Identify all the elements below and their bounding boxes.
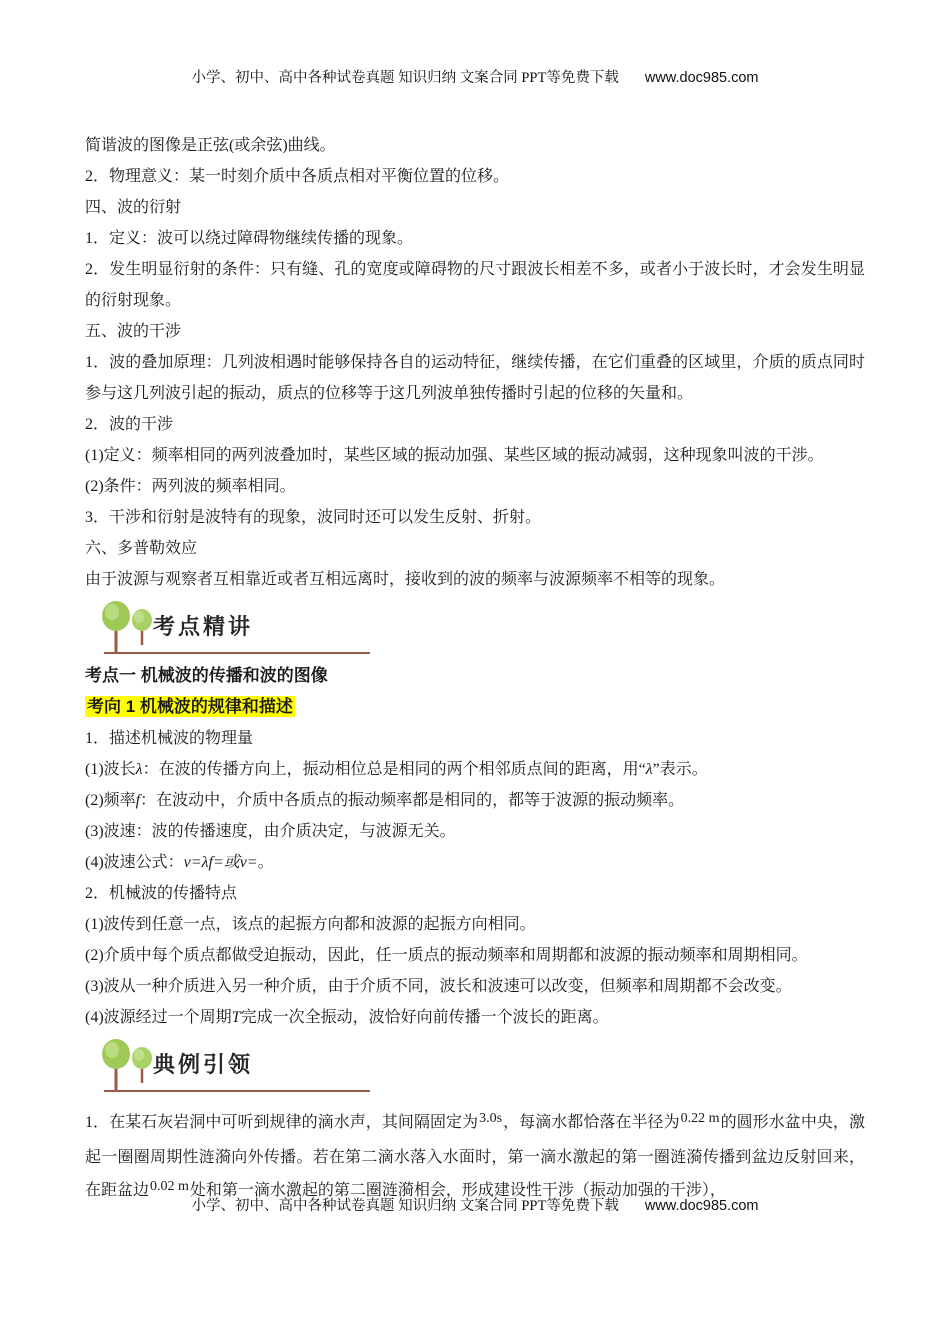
- text: (2)介质中每个质点都做受迫振动，因此，任一质点的振动频率和周期都和波源的振动频…: [85, 947, 808, 964]
- section-header-dianliyinling: 典例引领: [85, 1036, 865, 1098]
- trees-icon: [97, 600, 157, 658]
- text: 简谐波的图像是正弦(或余弦)曲线。: [85, 137, 336, 154]
- document-page: 小学、初中、高中各种试卷真题 知识归纳 文案合同 PPT等免费下载www.doc…: [0, 0, 950, 1344]
- text-line: 五、波的干涉: [85, 316, 865, 347]
- math-value-022m: 0.22 m: [680, 1111, 721, 1126]
- text-line: (3)波从一种介质进入另一种介质，由于介质不同，波长和波速可以改变，但频率和周期…: [85, 971, 865, 1002]
- text: (2)条件：两列波的频率相同。: [85, 478, 296, 495]
- text-line: 由于波源与观察者互相靠近或者互相远离时，接收到的波的频率与波源频率不相等的现象。: [85, 564, 865, 595]
- text: 四、波的衍射: [85, 199, 181, 216]
- text-line: (2)介质中每个质点都做受迫振动，因此，任一质点的振动频率和周期都和波源的振动频…: [85, 940, 865, 971]
- text: 五、波的干涉: [85, 323, 181, 340]
- highlighted-heading: 考向 1 机械波的规律和描述: [85, 696, 295, 717]
- text: (2)频率: [85, 792, 136, 809]
- text: 2．物理意义：某一时刻介质中各质点相对平衡位置的位移。: [85, 168, 509, 185]
- text-line: 3．干涉和衍射是波特有的现象，波同时还可以发生反射、折射。: [85, 502, 865, 533]
- text: 2．机械波的传播特点: [85, 885, 237, 902]
- math-value-3s: 3.0s: [478, 1111, 503, 1126]
- math-formula-wave-speed: v=λf=或v=: [184, 854, 258, 871]
- text-line: 2．发生明显衍射的条件：只有缝、孔的宽度或障碍物的尺寸跟波长相差不多，或者小于波…: [85, 254, 865, 316]
- heading-kaoxiang-1: 考向 1 机械波的规律和描述: [85, 691, 865, 723]
- text: ：在波动中，介质中各质点的振动频率都是相同的，都等于波源的振动频率。: [140, 792, 684, 809]
- text: ，每滴水都恰落在半径为: [503, 1114, 680, 1131]
- text-line: 2．波的干涉: [85, 409, 865, 440]
- footer-text: 小学、初中、高中各种试卷真题 知识归纳 文案合同 PPT等免费下载: [192, 1198, 619, 1214]
- text-line: 2．机械波的传播特点: [85, 878, 865, 909]
- heading-kaodian-1: 考点一 机械波的传播和波的图像: [85, 660, 865, 691]
- text: (1)波长: [85, 761, 136, 778]
- text-line: 简谐波的图像是正弦(或余弦)曲线。: [85, 130, 865, 161]
- document-body: 简谐波的图像是正弦(或余弦)曲线。 2．物理意义：某一时刻介质中各质点相对平衡位…: [85, 130, 865, 1209]
- section-underline: [104, 1090, 370, 1092]
- footer-site-url: www.doc985.com: [645, 1198, 759, 1214]
- text: 2．波的干涉: [85, 416, 173, 433]
- text: 1．在某石灰岩洞中可听到规律的滴水声，其间隔固定为: [85, 1114, 478, 1131]
- text-line: 2．物理意义：某一时刻介质中各质点相对平衡位置的位移。: [85, 161, 865, 192]
- text: 2．发生明显衍射的条件：只有缝、孔的宽度或障碍物的尺寸跟波长相差不多，或者小于波…: [85, 261, 865, 309]
- text-line: 1．定义：波可以绕过障碍物继续传播的现象。: [85, 223, 865, 254]
- text-line: (1)定义：频率相同的两列波叠加时，某些区域的振动加强、某些区域的振动减弱，这种…: [85, 440, 865, 471]
- text-line: 六、多普勒效应: [85, 533, 865, 564]
- text: 1．定义：波可以绕过障碍物继续传播的现象。: [85, 230, 413, 247]
- page-footer: 小学、初中、高中各种试卷真题 知识归纳 文案合同 PPT等免费下载www.doc…: [0, 1194, 950, 1215]
- text: 考点一 机械波的传播和波的图像: [85, 666, 328, 685]
- header-site-url: www.doc985.com: [645, 70, 759, 86]
- text: (1)波传到任意一点，该点的起振方向都和波源的起振方向相同。: [85, 916, 536, 933]
- text-line: 四、波的衍射: [85, 192, 865, 223]
- text: 完成一次全振动，波恰好向前传播一个波长的距离。: [241, 1009, 609, 1026]
- text: ：在波的传播方向上，振动相位总是相同的两个相邻质点间的距离，用“: [143, 761, 646, 778]
- trees-icon: [97, 1038, 157, 1096]
- text: (4)波源经过一个周期: [85, 1009, 232, 1026]
- text-line: (3)波速：波的传播速度，由介质决定，与波源无关。: [85, 816, 865, 847]
- page-header: 小学、初中、高中各种试卷真题 知识归纳 文案合同 PPT等免费下载www.doc…: [0, 66, 950, 87]
- text-line: (1)波传到任意一点，该点的起振方向都和波源的起振方向相同。: [85, 909, 865, 940]
- text-line: (2)频率f：在波动中，介质中各质点的振动频率都是相同的，都等于波源的振动频率。: [85, 785, 865, 816]
- text-line: 1．波的叠加原理：几列波相遇时能够保持各自的运动特征，继续传播，在它们重叠的区域…: [85, 347, 865, 409]
- section-underline: [104, 652, 370, 654]
- section-title: 考点精讲: [153, 610, 253, 641]
- section-header-kaodianjingjiang: 考点精讲: [85, 598, 865, 660]
- text: 1．描述机械波的物理量: [85, 730, 253, 747]
- math-value-002m: 0.02 m: [149, 1179, 190, 1194]
- header-text: 小学、初中、高中各种试卷真题 知识归纳 文案合同 PPT等免费下载: [192, 70, 619, 86]
- text: 由于波源与观察者互相靠近或者互相远离时，接收到的波的频率与波源频率不相等的现象。: [85, 571, 725, 588]
- math-symbol-T: T: [232, 1009, 241, 1026]
- text-line: (4)波速公式：v=λf=或v=。: [85, 847, 865, 878]
- text: 六、多普勒效应: [85, 540, 197, 557]
- math-symbol-lambda: λ: [136, 761, 143, 778]
- text: ”表示。: [653, 761, 708, 778]
- text-line: 1．描述机械波的物理量: [85, 723, 865, 754]
- text: (3)波从一种介质进入另一种介质，由于介质不同，波长和波速可以改变，但频率和周期…: [85, 978, 792, 995]
- text: (4)波速公式：: [85, 854, 184, 871]
- text: 3．干涉和衍射是波特有的现象，波同时还可以发生反射、折射。: [85, 509, 541, 526]
- text-line: (1)波长λ：在波的传播方向上，振动相位总是相同的两个相邻质点间的距离，用“λ”…: [85, 754, 865, 785]
- section-title: 典例引领: [153, 1048, 253, 1079]
- text-line: (2)条件：两列波的频率相同。: [85, 471, 865, 502]
- text: (3)波速：波的传播速度，由介质决定，与波源无关。: [85, 823, 456, 840]
- text: 1．波的叠加原理：几列波相遇时能够保持各自的运动特征，继续传播，在它们重叠的区域…: [85, 354, 865, 402]
- text-line: (4)波源经过一个周期T完成一次全振动，波恰好向前传播一个波长的距离。: [85, 1002, 865, 1033]
- math-symbol-lambda: λ: [646, 761, 653, 778]
- text: 。: [258, 854, 274, 871]
- text: (1)定义：频率相同的两列波叠加时，某些区域的振动加强、某些区域的振动减弱，这种…: [85, 447, 824, 464]
